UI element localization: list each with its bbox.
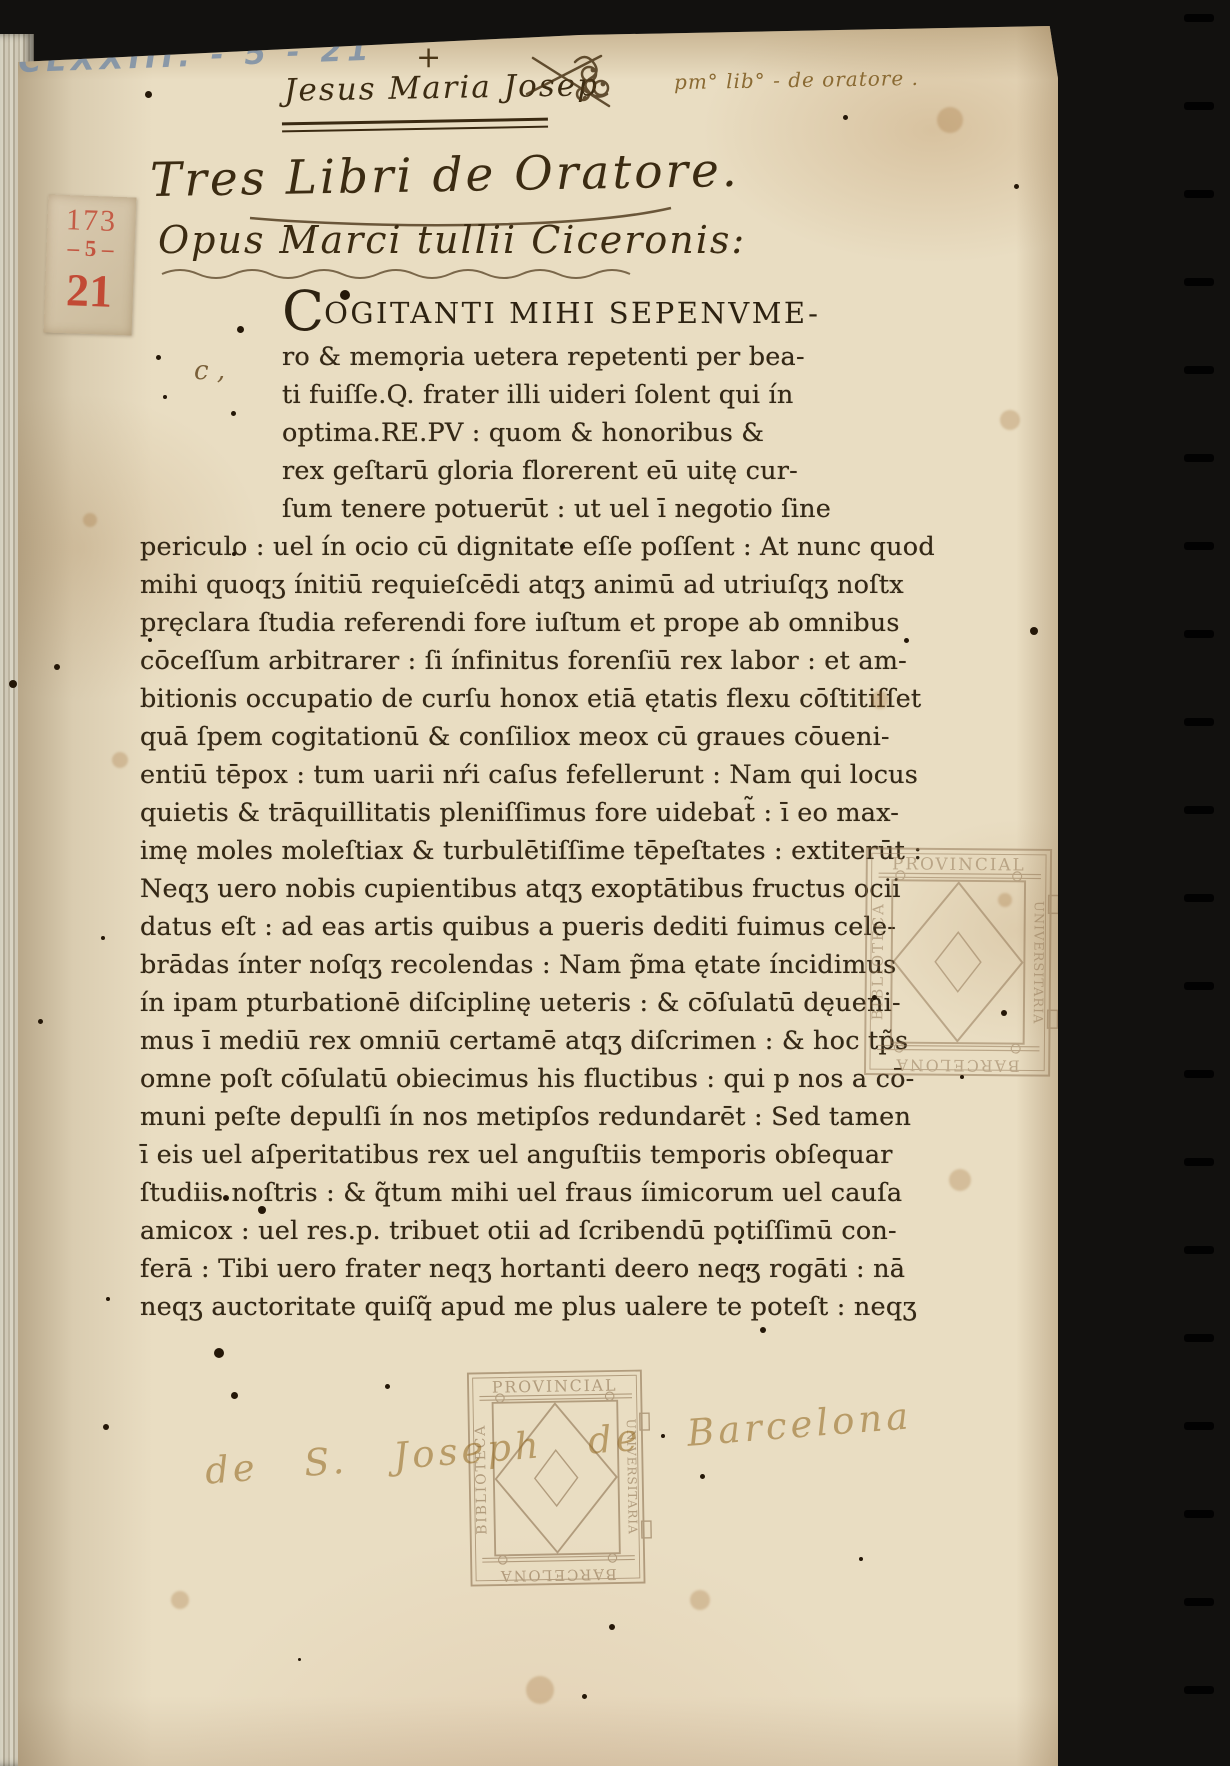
sewing-mark: [1184, 278, 1214, 286]
sewing-mark: [1184, 894, 1214, 902]
foxing-stain: [171, 1591, 189, 1609]
ink-spot: [746, 1267, 750, 1271]
foxing-stain: [112, 752, 128, 768]
text-line: periculo : uel ín ocio cū dignitate eſſe…: [140, 528, 930, 566]
ink-spot: [1030, 627, 1038, 635]
shelf-note-ink: pm° lib° - de oratore .: [674, 66, 919, 94]
text-line: ferā : Tibi uero frater neqʒ hortanti de…: [140, 1250, 930, 1288]
ink-spot: [419, 367, 423, 371]
ink-spot: [214, 1348, 224, 1358]
text-line: mihi quoqʒ ínitiū requieſcēdi atqʒ animū…: [140, 566, 930, 604]
text-line: optima.RE.PV : quom & honoribus &: [282, 414, 930, 452]
invocation-underline: [282, 118, 548, 133]
sewing-mark: [1184, 1422, 1214, 1430]
indented-lines: ro & memoria uetera repetenti per bea-ti…: [282, 338, 930, 528]
sewing-mark: [1184, 14, 1214, 22]
svg-text:BARCELONA: BARCELONA: [894, 1055, 1019, 1075]
ink-spot: [101, 936, 105, 940]
ink-spot: [872, 995, 877, 1000]
text-line: quā ſpem cogitationū & conſiliox meox cū…: [140, 718, 930, 756]
text-line: brādas ínter noſqʒ recolendas : Nam p̃ma…: [140, 946, 930, 984]
text-line: neqʒ auctoritate quiſq̃ apud me plus ual…: [140, 1288, 930, 1326]
ink-spot: [231, 411, 236, 416]
text-line: quietis & trāquillitatis pleniſſimus for…: [140, 794, 930, 832]
ink-spot: [223, 1195, 229, 1201]
text-line: ti fuiſſe.Q. frater illi uideri ſolent q…: [282, 376, 930, 414]
text-line: ſum tenere potuerūt : ut uel ī negotio ſ…: [282, 490, 930, 528]
sewing-mark: [1184, 454, 1214, 462]
text-line: omne poſt cōſulatū obiecimus his fluctib…: [140, 1060, 930, 1098]
foxing-stain: [871, 691, 889, 709]
scanned-book-page: + Jesus Maria Josep pm° lib° - de orator…: [0, 0, 1230, 1766]
foxing-stain: [949, 1169, 971, 1191]
sewing-mark: [1184, 1598, 1214, 1606]
sewing-mark: [1184, 102, 1214, 110]
author-underline-wavy: [160, 264, 660, 280]
ink-spot: [232, 552, 236, 556]
parchment-page: + Jesus Maria Josep pm° lib° - de orator…: [18, 26, 1058, 1766]
ink-spot: [661, 1434, 665, 1438]
library-stamp-bottom: PROVINCIAL BIBLIOTECA UNIVERSITARIA BARC…: [464, 1352, 654, 1603]
text-line: datus eſt : ad eas artis quibus a pueris…: [140, 908, 930, 946]
sewing-mark: [1184, 982, 1214, 990]
ink-spot: [106, 1297, 110, 1301]
text-line: imę moles moleſtiax & turbulētiſſime tēp…: [140, 832, 930, 870]
shelf-label-line3: 21: [44, 262, 134, 318]
ink-spot: [231, 1392, 238, 1399]
printed-text-block: COGITANTI MIHI SEPENVME- ro & memoria ue…: [140, 290, 930, 1326]
text-line: muni peſte depulſi ín nos metipſos redun…: [140, 1098, 930, 1136]
foxing-stain: [690, 1590, 710, 1610]
shelf-label-line2: – 5 –: [46, 234, 135, 263]
ink-spot: [258, 1206, 266, 1214]
ink-spot: [560, 544, 565, 549]
text-line: pręclara ſtudia referendi fore iuſtum et…: [140, 604, 930, 642]
shelf-label: 173 – 5 – 21: [44, 195, 137, 336]
text-line: Neqʒ uero nobis cupientibus atqʒ exoptāt…: [140, 870, 930, 908]
ink-spot: [38, 1019, 43, 1024]
foxing-stain: [998, 893, 1012, 907]
manuscript-title: Tres Libri de Oratore.: [150, 143, 741, 208]
text-line: mus ī mediū rex omniū certamē atqʒ diſcr…: [140, 1022, 930, 1060]
ink-spot: [582, 1694, 587, 1699]
sewing-mark: [1184, 806, 1214, 814]
ink-spot: [163, 395, 167, 399]
ink-spot: [700, 1474, 705, 1479]
sewing-mark: [1184, 366, 1214, 374]
sewing-mark: [1184, 1246, 1214, 1254]
ink-spot: [859, 1557, 863, 1561]
sewing-mark: [1184, 630, 1214, 638]
ink-spot: [54, 664, 60, 670]
ink-spot: [1014, 184, 1019, 189]
svg-text:PROVINCIAL: PROVINCIAL: [492, 1375, 618, 1396]
text-line: entiū tēpox : tum uarii nŕi caſus fefell…: [140, 756, 930, 794]
ink-spot: [843, 115, 848, 120]
ink-spot: [904, 638, 909, 643]
foxing-stain: [83, 513, 97, 527]
ink-spot: [156, 355, 161, 360]
ink-spot: [1001, 1010, 1007, 1016]
sewing-mark: [1184, 1686, 1214, 1694]
foxing-stain: [937, 107, 963, 133]
text-line: ro & memoria uetera repetenti per bea-: [282, 338, 930, 376]
ink-spot: [340, 290, 350, 300]
sewing-mark: [1184, 542, 1214, 550]
manuscript-author-line: Opus Marci tullii Ciceronis:: [158, 218, 746, 262]
sewing-mark: [1184, 1070, 1214, 1078]
incipit-heading-rest: OGITANTI MIHI SEPENVME-: [324, 296, 820, 330]
text-line: bitionis occupatio de curſu honox etiā ę…: [140, 680, 930, 718]
foxing-stain: [526, 1676, 554, 1704]
svg-text:PROVINCIAL: PROVINCIAL: [892, 853, 1026, 874]
incipit-heading: COGITANTI MIHI SEPENVME-: [282, 290, 930, 338]
ink-spot: [237, 326, 244, 333]
sewing-mark: [1184, 1334, 1214, 1342]
text-line: amicox : uel res.p. tribuet otii ad ſcri…: [140, 1212, 930, 1250]
sewing-mark: [1184, 718, 1214, 726]
ink-spot: [609, 1624, 615, 1630]
ink-spot: [760, 1327, 766, 1333]
drop-cap-initial: C: [282, 279, 324, 343]
text-line: ī eis uel aſperitatibus rex uel anguſtii…: [140, 1136, 930, 1174]
ink-spot: [145, 91, 152, 98]
ink-spot: [103, 1424, 109, 1430]
ink-spot: [298, 1658, 301, 1661]
ink-spot: [148, 638, 152, 642]
svg-text:BARCELONA: BARCELONA: [499, 1565, 617, 1585]
ink-spot: [738, 1240, 742, 1244]
svg-text:UNIVERSITARIA: UNIVERSITARIA: [1030, 901, 1046, 1025]
text-line: rex geſtarū gloria florerent eū uitę cur…: [282, 452, 930, 490]
ink-spot: [9, 680, 17, 688]
ink-spot: [385, 1384, 390, 1389]
foxing-stain: [1000, 410, 1020, 430]
library-stamp-right: PROVINCIAL BIBLIOTECA UNIVERSITARIA BARC…: [861, 841, 1061, 1083]
sewing-mark: [1184, 190, 1214, 198]
sewing-mark: [1184, 1158, 1214, 1166]
sewing-mark: [1184, 1510, 1214, 1518]
ink-spot: [960, 1075, 964, 1079]
text-line: cōceſſum arbitrarer : ſi ínfinitus foren…: [140, 642, 930, 680]
svg-text:BIBLIOTECA: BIBLIOTECA: [868, 902, 887, 1020]
text-line: ín ipam pturbationē diſciplinę ueteris :…: [140, 984, 930, 1022]
